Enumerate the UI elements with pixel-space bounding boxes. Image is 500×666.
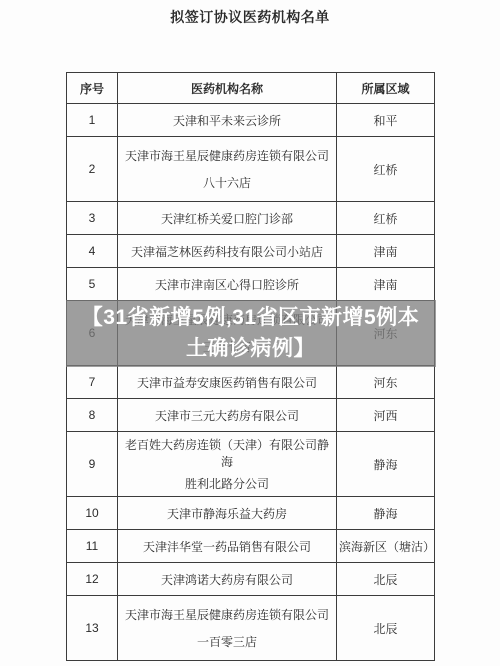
institution-name-line: 一百零三店 [120, 633, 334, 650]
table-row: 12天津鸿诺大药房有限公司北辰 [67, 563, 435, 596]
row-number-cell: 13 [67, 596, 118, 661]
row-number-cell: 5 [67, 268, 118, 301]
region-cell: 北辰 [337, 563, 435, 596]
institution-name-line: 胜利北路分公司 [120, 475, 334, 492]
header-cell-name: 医药机构名称 [118, 73, 337, 104]
institution-name-line: 天津市津南区心得口腔诊所 [120, 276, 334, 293]
institution-name-cell: 天津沣华堂一药品销售有限公司 [118, 530, 337, 563]
table-header-row: 序号 医药机构名称 所属区域 [67, 73, 435, 104]
institution-name-cell: 老百姓大药房连锁（天津）有限公司静海胜利北路分公司 [118, 432, 337, 497]
row-number-cell: 9 [67, 432, 118, 497]
institution-name-line: 八十六店 [120, 174, 334, 191]
row-number-cell: 7 [67, 366, 118, 399]
region-cell: 滨海新区（塘沽） [337, 530, 435, 563]
region-cell: 红桥 [337, 137, 435, 202]
row-number-cell: 1 [67, 104, 118, 137]
institution-name-cell: 天津和平未来云诊所 [118, 104, 337, 137]
table-row: 2天津市海王星辰健康药房连锁有限公司八十六店红桥 [67, 137, 435, 202]
table-row: 9老百姓大药房连锁（天津）有限公司静海胜利北路分公司静海 [67, 432, 435, 497]
region-cell: 和平 [337, 104, 435, 137]
institution-name-line: 天津沣华堂一药品销售有限公司 [120, 538, 334, 555]
region-cell: 河东 [337, 366, 435, 399]
institution-name-cell: 天津福芝林医药科技有限公司小站店 [118, 235, 337, 268]
institution-name-line: 天津和平未来云诊所 [120, 112, 334, 129]
page-title: 拟签订协议医药机构名单 [0, 7, 500, 27]
header-cell-no: 序号 [67, 73, 118, 104]
institution-name-cell: 天津市三元大药房有限公司 [118, 399, 337, 432]
institution-name-line: 天津市海王星辰健康药房连锁有限公司 [120, 606, 334, 623]
row-number-cell: 8 [67, 399, 118, 432]
institution-name-cell: 天津市海王星辰健康药房连锁有限公司八十六店 [118, 137, 337, 202]
table-row: 8天津市三元大药房有限公司河西 [67, 399, 435, 432]
table-row: 10天津市静海乐益大药房静海 [67, 497, 435, 530]
table-row: 3天津红桥关爱口腔门诊部红桥 [67, 202, 435, 235]
row-number-cell: 10 [67, 497, 118, 530]
institution-name-line: 老百姓大药房连锁（天津）有限公司静海 [120, 436, 334, 470]
institution-name-line: 天津鸿诺大药房有限公司 [120, 571, 334, 588]
institutions-table: 序号 医药机构名称 所属区域 1天津和平未来云诊所和平2天津市海王星辰健康药房连… [66, 72, 435, 661]
row-number-cell: 2 [67, 137, 118, 202]
institution-name-cell: 天津红桥关爱口腔门诊部 [118, 202, 337, 235]
table-row: 7天津市益寿安康医药销售有限公司河东 [67, 366, 435, 399]
region-cell: 津南 [337, 268, 435, 301]
news-headline-line2: 土确诊病例】 [186, 333, 315, 364]
table-row: 5天津市津南区心得口腔诊所津南 [67, 268, 435, 301]
institution-name-line: 天津市静海乐益大药房 [120, 505, 334, 522]
region-cell: 北辰 [337, 596, 435, 661]
table-row: 11天津沣华堂一药品销售有限公司滨海新区（塘沽） [67, 530, 435, 563]
institution-name-cell: 天津市海王星辰健康药房连锁有限公司一百零三店 [118, 596, 337, 661]
institution-name-cell: 天津市津南区心得口腔诊所 [118, 268, 337, 301]
institution-name-line: 天津市三元大药房有限公司 [120, 407, 334, 424]
table-row: 1天津和平未来云诊所和平 [67, 104, 435, 137]
table-row: 4天津福芝林医药科技有限公司小站店津南 [67, 235, 435, 268]
institution-name-line: 天津市海王星辰健康药房连锁有限公司 [120, 147, 334, 164]
institution-name-line: 天津福芝林医药科技有限公司小站店 [120, 243, 334, 260]
row-number-cell: 4 [67, 235, 118, 268]
region-cell: 红桥 [337, 202, 435, 235]
row-number-cell: 3 [67, 202, 118, 235]
institution-name-cell: 天津市静海乐益大药房 [118, 497, 337, 530]
region-cell: 河西 [337, 399, 435, 432]
table-row: 13天津市海王星辰健康药房连锁有限公司一百零三店北辰 [67, 596, 435, 661]
row-number-cell: 11 [67, 530, 118, 563]
region-cell: 津南 [337, 235, 435, 268]
row-number-cell: 12 [67, 563, 118, 596]
institution-name-cell: 天津鸿诺大药房有限公司 [118, 563, 337, 596]
region-cell: 静海 [337, 497, 435, 530]
table-body: 1天津和平未来云诊所和平2天津市海王星辰健康药房连锁有限公司八十六店红桥3天津红… [67, 104, 435, 661]
news-headline-line1: 【31省新增5例,31省区市新增5例本 [82, 302, 419, 333]
region-cell: 静海 [337, 432, 435, 497]
news-overlay: 【31省新增5例,31省区市新增5例本 土确诊病例】 [66, 300, 436, 367]
institution-name-line: 天津红桥关爱口腔门诊部 [120, 210, 334, 227]
header-cell-region: 所属区域 [337, 73, 435, 104]
institution-name-cell: 天津市益寿安康医药销售有限公司 [118, 366, 337, 399]
institution-name-line: 天津市益寿安康医药销售有限公司 [120, 374, 334, 391]
